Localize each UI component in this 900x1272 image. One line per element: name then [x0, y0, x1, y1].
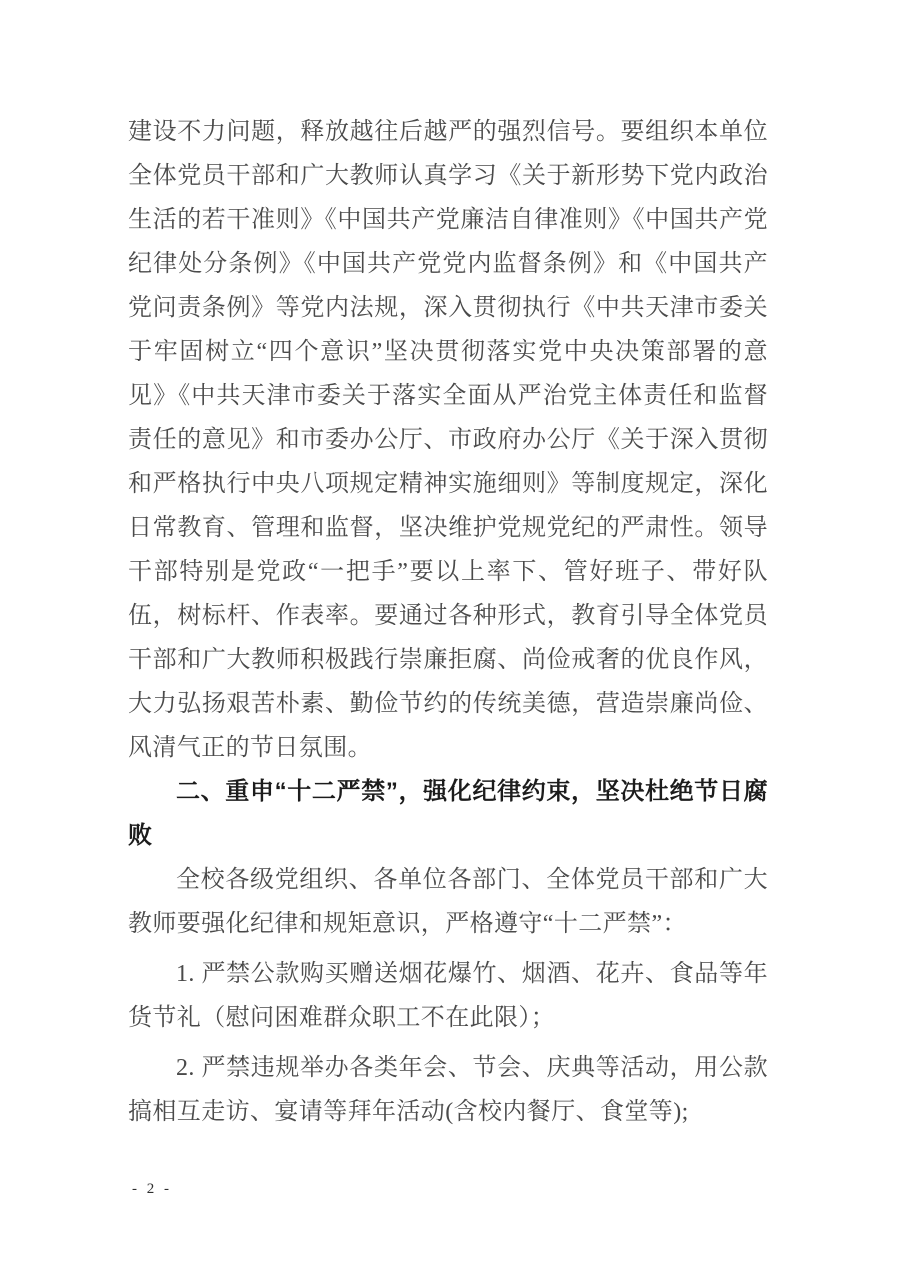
- list-item-2: 2. 严禁违规举办各类年会、节会、庆典等活动，用公款搞相互走访、宴请等拜年活动(…: [128, 1046, 768, 1134]
- document-page: 建设不力问题，释放越往后越严的强烈信号。要组织本单位全体党员干部和广大教师认真学…: [0, 0, 900, 1272]
- paragraph-continuation: 建设不力问题，释放越往后越严的强烈信号。要组织本单位全体党员干部和广大教师认真学…: [128, 110, 768, 770]
- section-heading: 二、重申“十二严禁”，强化纪律约束，坚决杜绝节日腐败: [128, 770, 768, 858]
- list-item-1: 1. 严禁公款购买赠送烟花爆竹、烟酒、花卉、食品等年货节礼（慰问困难群众职工不在…: [128, 952, 768, 1040]
- document-content: 建设不力问题，释放越往后越严的强烈信号。要组织本单位全体党员干部和广大教师认真学…: [128, 110, 768, 1134]
- page-number: - 2 -: [132, 1181, 172, 1198]
- paragraph-intro: 全校各级党组织、各单位各部门、全体党员干部和广大教师要强化纪律和规矩意识，严格遵…: [128, 858, 768, 946]
